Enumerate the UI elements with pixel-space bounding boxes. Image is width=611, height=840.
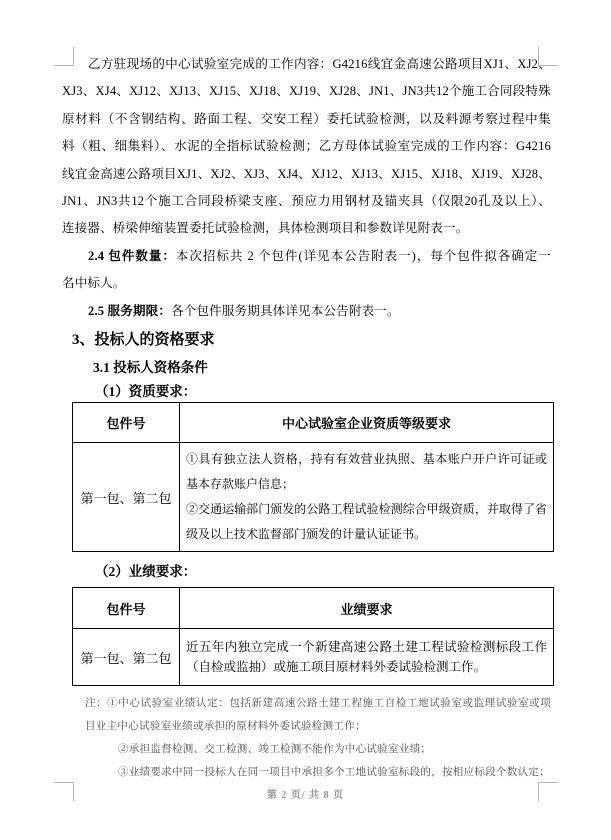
document-page: 乙方驻现场的中心试验室完成的工作内容：G4216线宜金高速公路项目XJ1、XJ2… <box>0 0 611 840</box>
qualification-requirement-line-text: ①具有独立法人资格，持有有效营业执照、基本账户开户许可证或 <box>186 452 547 466</box>
work-scope-line: 乙方驻现场的中心试验室完成的工作内容：G4216线宜金高速公路项目XJ1、XJ2… <box>62 51 551 78</box>
qualification-table: 包件号 中心试验室企业资质等级要求 第一包、第二包 ①具有独立法人资格，持有有效… <box>72 402 554 552</box>
work-scope-line: 连接器、桥梁伸缩装置委托试验检测，具体检测项目和参数详见附表一。 <box>62 215 551 242</box>
table-row: 第一包、第二包 ①具有独立法人资格，持有有效营业执照、基本账户开户许可证或基本存… <box>73 443 554 552</box>
footnote-line: ③业绩要求中同一投标人在同一项目中承担多个工地试验室标段的，按相应标段个数认定； <box>85 761 551 784</box>
work-scope-line-text: XJ3、XJ4、XJ12、XJ13、XJ15、XJ18、XJ19、XJ28、JN… <box>62 84 551 98</box>
work-scope-line-text: 原材料（不含钢结构、路面工程、交安工程）委托试验检测，以及料源考察过程中集 <box>62 112 551 126</box>
service-period-line: 2.5 服务期限：各个包件服务期具体详见本公告附表一。 <box>62 298 551 325</box>
performance-table: 包件号 业绩要求 第一包、第二包 近五年内独立完成一个新建高速公路土建工程试验检… <box>72 587 554 686</box>
qualification-requirement-line: 基本存款账户信息； <box>186 472 547 497</box>
package-count-line: 2.4 包件数量：本次招标共 2 个包件(详见本公告附表一)，每个包件拟各确定一 <box>62 243 551 270</box>
work-scope-line: 线宜金高速公路项目XJ1、XJ2、XJ3、XJ4、XJ12、XJ13、XJ15、… <box>62 161 551 188</box>
performance-table-header-row: 包件号 业绩要求 <box>73 588 554 629</box>
performance-requirement-line-text: （自检或监抽）或施工项目原材料外委试验检测工作。 <box>186 660 486 674</box>
qualification-requirement-line-text: ②交通运输部门颁发的公路工程试验检测综合甲级资质，并取得了省 <box>186 502 547 516</box>
qualification-requirement-line: 级及以上技术监督部门颁发的计量认证证书。 <box>186 522 547 547</box>
work-scope-line-text: JN1、JN3共12个施工合同段桥梁支座、预应力用钢材及锚夹具（仅限20孔及以上… <box>62 194 551 208</box>
performance-requirements-label: （2）业绩要求： <box>95 559 551 584</box>
work-scope-line-text: 线宜金高速公路项目XJ1、XJ2、XJ3、XJ4、XJ12、XJ13、XJ15、… <box>62 167 551 181</box>
performance-package-cell: 第一包、第二包 <box>73 629 180 686</box>
qualification-requirement-line: ②交通运输部门颁发的公路工程试验检测综合甲级资质，并取得了省 <box>186 497 547 522</box>
qualification-requirement-line-text: 基本存款账户信息； <box>186 477 294 491</box>
performance-requirement-cell: 近五年内独立完成一个新建高速公路土建工程试验检测标段工作（自检或监抽）或施工项目… <box>180 629 554 686</box>
page-content: 乙方驻现场的中心试验室完成的工作内容：G4216线宜金高速公路项目XJ1、XJ2… <box>62 49 551 784</box>
qualification-package-cell: 第一包、第二包 <box>73 443 180 552</box>
package-count-line: 名中标人。 <box>62 270 551 297</box>
package-count-line-text: 名中标人。 <box>62 276 126 290</box>
footnote-line-text: ③业绩要求中同一投标人在同一项目中承担多个工地试验室标段的，按相应标段个数认定； <box>118 767 550 778</box>
subsection-heading: 3.1 投标人资格条件 <box>93 354 551 381</box>
footnotes-block: 注：①中心试验室业绩认定：包括新建高速公路土建工程施工自检工地试验室或监理试验室… <box>85 692 551 784</box>
work-scope-line-text: 料（粗、细集料）、水泥的全指标试验检测；乙方母体试验室完成的工作内容：G4216 <box>62 139 551 153</box>
performance-requirement-line: 近五年内独立完成一个新建高速公路土建工程试验检测标段工作 <box>186 637 547 657</box>
qualification-requirement-line: ①具有独立法人资格，持有有效营业执照、基本账户开户许可证或 <box>186 447 547 472</box>
paragraph-work-scope: 乙方驻现场的中心试验室完成的工作内容：G4216线宜金高速公路项目XJ1、XJ2… <box>62 51 551 243</box>
work-scope-line: 料（粗、细集料）、水泥的全指标试验检测；乙方母体试验室完成的工作内容：G4216 <box>62 133 551 160</box>
table-row: 第一包、第二包 近五年内独立完成一个新建高速公路土建工程试验检测标段工作（自检或… <box>73 629 554 686</box>
qualification-table-header-row: 包件号 中心试验室企业资质等级要求 <box>73 403 554 443</box>
service-period-line-text: 各个包件服务期具体详见本公告附表一。 <box>171 304 400 318</box>
performance-col-package: 包件号 <box>73 588 180 629</box>
footnote-line: 目业主中心试验室业绩或承担的原材料外委试验检测工作； <box>85 715 551 738</box>
service-period-line-bold-prefix: 2.5 服务期限： <box>88 304 171 318</box>
work-scope-line: 原材料（不含钢结构、路面工程、交安工程）委托试验检测，以及料源考察过程中集 <box>62 106 551 133</box>
footnote-line-text: 目业主中心试验室业绩或承担的原材料外委试验检测工作； <box>85 721 366 732</box>
work-scope-line-text: 连接器、桥梁伸缩装置委托试验检测，具体检测项目和参数详见附表一。 <box>62 221 468 235</box>
section-heading: 3、投标人的资格要求 <box>72 327 551 354</box>
footnote-line-text: 注：①中心试验室业绩认定：包括新建高速公路土建工程施工自检工地试验室或监理试验室… <box>85 698 551 709</box>
qualification-requirement-line-text: 级及以上技术监督部门颁发的计量认证证书。 <box>186 527 426 541</box>
page-number-footer: 第 2 页/ 共 8 页 <box>0 786 611 801</box>
performance-requirement-line: （自检或监抽）或施工项目原材料外委试验检测工作。 <box>186 657 547 677</box>
work-scope-line: JN1、JN3共12个施工合同段桥梁支座、预应力用钢材及锚夹具（仅限20孔及以上… <box>62 188 551 215</box>
qualification-requirements-label: （1）资质要求： <box>95 381 551 402</box>
paragraph-package-count: 2.4 包件数量：本次招标共 2 个包件(详见本公告附表一)，每个包件拟各确定一… <box>62 243 551 298</box>
footnote-line-text: ②承担监督检测、交工检测、竣工检测不能作为中心试验室业绩； <box>118 744 431 755</box>
package-count-line-text: 本次招标共 2 个包件(详见本公告附表一)，每个包件拟各确定一 <box>176 249 551 263</box>
footnote-line: ②承担监督检测、交工检测、竣工检测不能作为中心试验室业绩； <box>85 738 551 761</box>
work-scope-line-text: 乙方驻现场的中心试验室完成的工作内容：G4216线宜金高速公路项目XJ1、XJ2… <box>88 57 551 71</box>
qualification-col-requirement: 中心试验室企业资质等级要求 <box>180 403 554 443</box>
performance-requirement-line-text: 近五年内独立完成一个新建高速公路土建工程试验检测标段工作 <box>186 640 547 654</box>
work-scope-line: XJ3、XJ4、XJ12、XJ13、XJ15、XJ18、XJ19、XJ28、JN… <box>62 78 551 105</box>
performance-col-requirement: 业绩要求 <box>180 588 554 629</box>
paragraph-service-period: 2.5 服务期限：各个包件服务期具体详见本公告附表一。 <box>62 298 551 325</box>
package-count-line-bold-prefix: 2.4 包件数量： <box>88 249 176 263</box>
qualification-col-package: 包件号 <box>73 403 180 443</box>
qualification-requirement-cell: ①具有独立法人资格，持有有效营业执照、基本账户开户许可证或基本存款账户信息；②交… <box>180 443 554 552</box>
footnote-line: 注：①中心试验室业绩认定：包括新建高速公路土建工程施工自检工地试验室或监理试验室… <box>85 692 551 715</box>
